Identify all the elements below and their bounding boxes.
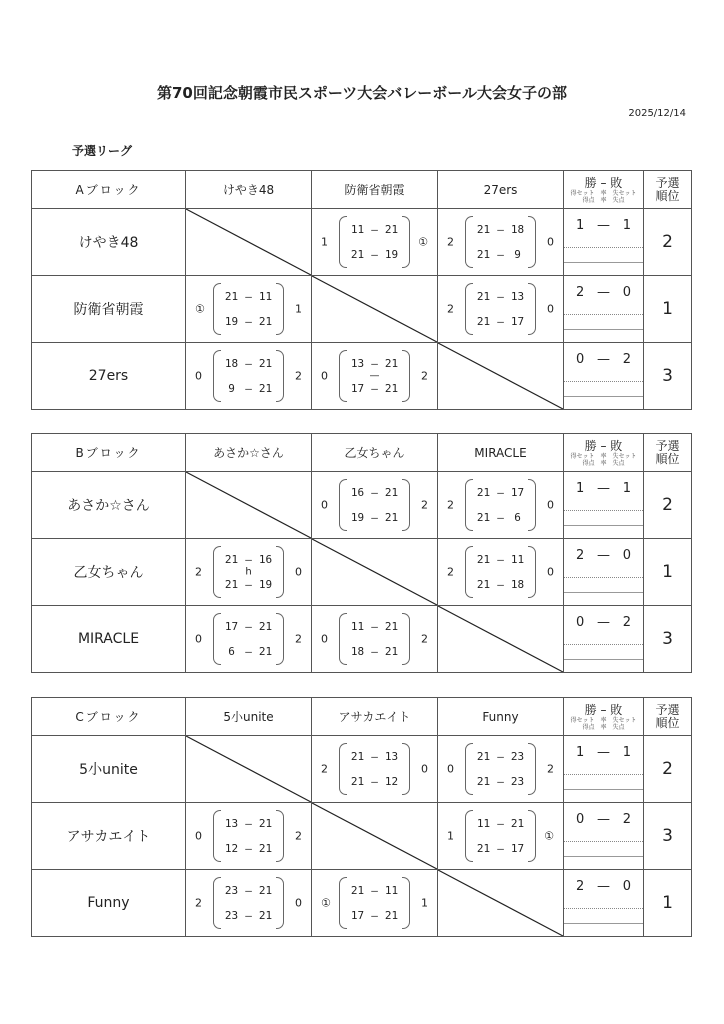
set-ratio-line — [564, 908, 643, 909]
set-scores-bracket: 11—2121—17 — [465, 810, 536, 862]
opponent-points: 21 — [383, 357, 400, 370]
self-match-cell — [186, 472, 312, 539]
losses: 1 — [623, 481, 631, 496]
self-match-cell — [312, 803, 438, 870]
match-score: 2021—1121—18 — [438, 539, 563, 605]
sets-lost: 2 — [421, 499, 428, 512]
set-score: 21—23 — [475, 775, 526, 788]
own-points: 23 — [223, 909, 240, 922]
set-score: 18—21 — [223, 357, 274, 370]
dash: — — [492, 511, 509, 524]
opponent-points: 23 — [509, 750, 526, 763]
own-points: 21 — [475, 553, 492, 566]
dash: — — [240, 382, 257, 395]
opponent-points: 13 — [383, 750, 400, 763]
sets-lost: 2 — [295, 830, 302, 843]
opponent-points: 16 — [257, 553, 274, 566]
dash: — — [366, 620, 383, 633]
dash: — — [492, 486, 509, 499]
set-ratio-label: 得セット 率 失セット — [564, 453, 643, 460]
wins: 2 — [576, 879, 584, 894]
match-score: 1①11—2121—17 — [438, 803, 563, 869]
dash: — — [240, 553, 257, 566]
set-score: 21—17 — [475, 842, 526, 855]
set-score: 21—11 — [475, 553, 526, 566]
set-score: 13—21 — [223, 817, 274, 830]
opponent-points: 21 — [509, 817, 526, 830]
sets-lost: 0 — [547, 236, 554, 249]
match-result-cell: 1①11—2121—17 — [438, 803, 564, 870]
dash: — — [366, 223, 383, 236]
set-ratio-line — [564, 247, 643, 248]
dash: — — [597, 352, 610, 367]
column-team-header: 乙女ちゃん — [312, 434, 438, 472]
win-loss-cell: 1—1 — [564, 209, 644, 276]
opponent-points: 18 — [509, 578, 526, 591]
dash: — — [366, 750, 383, 763]
opponent-points: 21 — [257, 817, 274, 830]
dash: — — [240, 884, 257, 897]
losses: 2 — [623, 615, 631, 630]
section-heading: 予選リーグ — [72, 142, 132, 159]
dash: — — [492, 842, 509, 855]
dash: — — [366, 884, 383, 897]
match-result-cell: 2021—1621—19h — [186, 539, 312, 606]
set-score: 9—21 — [223, 382, 274, 395]
set-score: 23—21 — [223, 909, 274, 922]
match-result-cell: 2021—1821—9 — [438, 209, 564, 276]
set-score: 16—21 — [349, 486, 400, 499]
dash: — — [240, 357, 257, 370]
row-team-name: あさか☆さん — [32, 472, 186, 539]
own-points: 13 — [223, 817, 240, 830]
set-score: 21—16 — [223, 553, 274, 566]
set-scores-bracket: 18—219—21 — [213, 350, 284, 402]
sets-won: 2 — [321, 763, 328, 776]
opponent-points: 21 — [383, 511, 400, 524]
sets-lost: ① — [418, 236, 428, 249]
point-ratio-line — [564, 856, 643, 857]
rank-value: 3 — [644, 343, 692, 410]
sets-lost: 2 — [421, 370, 428, 383]
own-points: 18 — [349, 645, 366, 658]
row-team-name: 27ers — [32, 343, 186, 410]
own-points: 13 — [349, 357, 366, 370]
rank-label-1: 予選 — [644, 177, 691, 190]
dash: — — [366, 486, 383, 499]
opponent-points: 21 — [257, 645, 274, 658]
sets-won: ① — [321, 897, 331, 910]
win-loss-record: 2—0 — [564, 548, 643, 563]
team-row: 27ers0218—219—210213—2117—21—0—23 — [32, 343, 692, 410]
match-result-cell: 0213—2117—21— — [312, 343, 438, 410]
own-points: 21 — [223, 290, 240, 303]
header-row: Aブロックけやき48防衛省朝霞27ers勝 – 敗得セット 率 失セット得点 率… — [32, 171, 692, 209]
sets-lost: 0 — [547, 499, 554, 512]
dash: — — [240, 290, 257, 303]
set-score: 21—13 — [349, 750, 400, 763]
row-team-name: 防衛省朝霞 — [32, 276, 186, 343]
column-team-header: MIRACLE — [438, 434, 564, 472]
match-result-cell: 0217—216—21 — [186, 606, 312, 673]
block-name: Bブロック — [32, 434, 186, 472]
own-points: 21 — [475, 842, 492, 855]
win-loss-record: 1—1 — [564, 745, 643, 760]
match-result-cell: 0221—2321—23 — [438, 736, 564, 803]
diagonal-slash — [438, 870, 563, 936]
set-score: 21—13 — [475, 290, 526, 303]
dash: — — [492, 290, 509, 303]
own-points: 11 — [349, 620, 366, 633]
own-points: 21 — [475, 223, 492, 236]
losses: 0 — [623, 285, 631, 300]
opponent-points: 19 — [257, 578, 274, 591]
set-scores-bracket: 11—2118—21 — [339, 613, 410, 665]
set-score: 21—19 — [349, 248, 400, 261]
point-ratio-line — [564, 525, 643, 526]
league-block-2: Bブロックあさか☆さん乙女ちゃんMIRACLE勝 – 敗得セット 率 失セット得… — [31, 433, 691, 673]
rank-value: 1 — [644, 870, 692, 937]
league-block-1: Aブロックけやき48防衛省朝霞27ers勝 – 敗得セット 率 失セット得点 率… — [31, 170, 691, 410]
set-ratio-line — [564, 577, 643, 578]
set-score: 11—21 — [475, 817, 526, 830]
point-ratio-label: 得点 率 失点 — [564, 197, 643, 204]
dash: — — [597, 481, 610, 496]
match-score: 1①11—2121—19 — [312, 209, 437, 275]
dash: — — [240, 315, 257, 328]
match-result-cell: 2023—2123—21 — [186, 870, 312, 937]
wins: 1 — [576, 745, 584, 760]
dash: — — [492, 248, 509, 261]
own-points: 17 — [349, 382, 366, 395]
win-loss-cell: 0—2 — [564, 343, 644, 410]
league-table: Cブロック5小uniteアサカエイトFunny勝 – 敗得セット 率 失セット得… — [31, 697, 692, 937]
set-score: 21—6 — [475, 511, 526, 524]
set-scores-bracket: 21—1821—9 — [465, 216, 536, 268]
own-points: 12 — [223, 842, 240, 855]
match-score: 2021—1321—17 — [438, 276, 563, 342]
match-score: 0211—2118—21 — [312, 606, 437, 672]
dash: — — [597, 615, 610, 630]
dash: — — [492, 578, 509, 591]
diagonal-slash — [312, 539, 437, 605]
dash: — — [240, 817, 257, 830]
dash: — — [240, 620, 257, 633]
header-row: Bブロックあさか☆さん乙女ちゃんMIRACLE勝 – 敗得セット 率 失セット得… — [32, 434, 692, 472]
wins: 1 — [576, 481, 584, 496]
rank-value: 1 — [644, 276, 692, 343]
own-points: 18 — [223, 357, 240, 370]
team-row: MIRACLE0217—216—210211—2118—210—23 — [32, 606, 692, 673]
set-scores-bracket: 21—1121—18 — [465, 546, 536, 598]
set-score: 21—9 — [475, 248, 526, 261]
self-match-cell — [312, 539, 438, 606]
rank-header: 予選順位 — [644, 698, 692, 736]
match-score: 0213—2117—21— — [312, 343, 437, 409]
stray-mark: — — [339, 371, 410, 382]
wins: 2 — [576, 285, 584, 300]
set-score: 21—19 — [223, 578, 274, 591]
block-name: Cブロック — [32, 698, 186, 736]
win-loss-header: 勝 – 敗得セット 率 失セット得点 率 失点 — [564, 171, 644, 209]
self-match-cell — [438, 870, 564, 937]
set-score: 21—23 — [475, 750, 526, 763]
document-date: 2025/12/14 — [628, 108, 686, 119]
set-scores-bracket: 21—1321—17 — [465, 283, 536, 335]
sets-won: 0 — [321, 499, 328, 512]
row-team-name: 5小unite — [32, 736, 186, 803]
set-score: 11—21 — [349, 223, 400, 236]
match-score: ①121—1117—21 — [312, 870, 437, 936]
opponent-points: 21 — [383, 223, 400, 236]
dash: — — [597, 812, 610, 827]
set-score: 12—21 — [223, 842, 274, 855]
win-loss: 1—1 — [564, 736, 643, 802]
league-block-3: Cブロック5小uniteアサカエイトFunny勝 – 敗得セット 率 失セット得… — [31, 697, 691, 937]
set-score: 21—12 — [349, 775, 400, 788]
own-points: 21 — [475, 315, 492, 328]
row-team-name: 乙女ちゃん — [32, 539, 186, 606]
own-points: 21 — [223, 578, 240, 591]
sets-lost: 0 — [295, 897, 302, 910]
win-loss-record: 0—2 — [564, 812, 643, 827]
wins: 0 — [576, 812, 584, 827]
point-ratio-line — [564, 789, 643, 790]
opponent-points: 21 — [383, 486, 400, 499]
opponent-points: 21 — [383, 645, 400, 658]
own-points: 23 — [223, 884, 240, 897]
dash: — — [492, 775, 509, 788]
dash: — — [240, 842, 257, 855]
set-ratio-line — [564, 841, 643, 842]
sets-lost: 2 — [295, 633, 302, 646]
rank-value: 2 — [644, 209, 692, 276]
win-loss: 2—0 — [564, 870, 643, 936]
win-loss-record: 0—2 — [564, 615, 643, 630]
opponent-points: 17 — [509, 842, 526, 855]
self-match-cell — [186, 209, 312, 276]
diagonal-slash — [312, 803, 437, 869]
sets-won: 0 — [321, 633, 328, 646]
sets-won: ① — [195, 303, 205, 316]
win-loss-label: 勝 – 敗 — [564, 439, 643, 453]
opponent-points: 21 — [257, 382, 274, 395]
set-scores-bracket: 21—1117—21 — [339, 877, 410, 929]
opponent-points: 18 — [509, 223, 526, 236]
win-loss: 1—1 — [564, 472, 643, 538]
team-row: 5小unite2021—1321—120221—2321—231—12 — [32, 736, 692, 803]
set-score: 17—21 — [223, 620, 274, 633]
match-result-cell: 2021—1721—6 — [438, 472, 564, 539]
losses: 2 — [623, 812, 631, 827]
own-points: 21 — [349, 248, 366, 261]
win-loss-record: 2—0 — [564, 285, 643, 300]
set-scores-bracket: 11—2121—19 — [339, 216, 410, 268]
sets-lost: 2 — [421, 633, 428, 646]
match-score: 2021—1721—6 — [438, 472, 563, 538]
rank-value: 2 — [644, 736, 692, 803]
match-score: 0217—216—21 — [186, 606, 311, 672]
losses: 1 — [623, 218, 631, 233]
opponent-points: 23 — [509, 775, 526, 788]
dash: — — [492, 553, 509, 566]
own-points: 21 — [475, 775, 492, 788]
wins: 1 — [576, 218, 584, 233]
own-points: 21 — [349, 750, 366, 763]
column-team-header: 防衛省朝霞 — [312, 171, 438, 209]
team-row: あさか☆さん0216—2119—212021—1721—61—12 — [32, 472, 692, 539]
match-score: 0221—2321—23 — [438, 736, 563, 802]
sets-lost: 1 — [421, 897, 428, 910]
sets-won: 0 — [321, 370, 328, 383]
own-points: 17 — [223, 620, 240, 633]
row-team-name: MIRACLE — [32, 606, 186, 673]
set-score: 17—21 — [349, 909, 400, 922]
set-scores-bracket: 13—2112—21 — [213, 810, 284, 862]
match-score: 0216—2119—21 — [312, 472, 437, 538]
opponent-points: 21 — [257, 909, 274, 922]
opponent-points: 21 — [257, 842, 274, 855]
row-team-name: アサカエイト — [32, 803, 186, 870]
win-loss-cell: 2—0 — [564, 276, 644, 343]
point-ratio-label: 得点 率 失点 — [564, 460, 643, 467]
win-loss: 0—2 — [564, 803, 643, 869]
match-result-cell: 2021—1321—17 — [438, 276, 564, 343]
sets-lost: 0 — [547, 303, 554, 316]
set-scores-bracket: 21—1621—19h — [213, 546, 284, 598]
opponent-points: 12 — [383, 775, 400, 788]
losses: 2 — [623, 352, 631, 367]
own-points: 21 — [475, 248, 492, 261]
match-score: 2021—1621—19h — [186, 539, 311, 605]
sets-won: 2 — [447, 566, 454, 579]
own-points: 11 — [475, 817, 492, 830]
sets-won: 0 — [447, 763, 454, 776]
opponent-points: 21 — [257, 357, 274, 370]
rank-label-2: 順位 — [644, 717, 691, 730]
set-score: 19—21 — [349, 511, 400, 524]
opponent-points: 11 — [257, 290, 274, 303]
match-score: 2023—2123—21 — [186, 870, 311, 936]
set-scores-bracket: 23—2123—21 — [213, 877, 284, 929]
match-result-cell: ①121—1119—21 — [186, 276, 312, 343]
losses: 0 — [623, 879, 631, 894]
losses: 1 — [623, 745, 631, 760]
rank-value: 2 — [644, 472, 692, 539]
own-points: 21 — [475, 578, 492, 591]
opponent-points: 21 — [257, 315, 274, 328]
match-result-cell: 0218—219—21 — [186, 343, 312, 410]
match-result-cell: 0211—2118—21 — [312, 606, 438, 673]
row-team-name: けやき48 — [32, 209, 186, 276]
set-scores-bracket: 21—2321—23 — [465, 743, 536, 795]
dash: — — [366, 248, 383, 261]
rank-header: 予選順位 — [644, 171, 692, 209]
column-team-header: Funny — [438, 698, 564, 736]
sets-won: 2 — [195, 566, 202, 579]
dash: — — [366, 382, 383, 395]
win-loss: 0—2 — [564, 343, 643, 409]
dash: — — [366, 511, 383, 524]
sets-won: 2 — [447, 303, 454, 316]
opponent-points: 21 — [383, 620, 400, 633]
dash: — — [492, 315, 509, 328]
column-team-header: 5小unite — [186, 698, 312, 736]
opponent-points: 6 — [509, 511, 526, 524]
match-score: 2021—1321—12 — [312, 736, 437, 802]
sets-won: 2 — [447, 499, 454, 512]
own-points: 21 — [349, 775, 366, 788]
point-ratio-line — [564, 659, 643, 660]
win-loss-record: 2—0 — [564, 879, 643, 894]
win-loss: 2—0 — [564, 276, 643, 342]
set-score: 21—11 — [223, 290, 274, 303]
match-result-cell: 2021—1321—12 — [312, 736, 438, 803]
dash: — — [492, 223, 509, 236]
sets-lost: 2 — [295, 370, 302, 383]
own-points: 21 — [349, 884, 366, 897]
dash: — — [492, 750, 509, 763]
team-row: けやき481①11—2121—192021—1821—91—12 — [32, 209, 692, 276]
sets-lost: 1 — [295, 303, 302, 316]
row-team-name: Funny — [32, 870, 186, 937]
win-loss-cell: 1—1 — [564, 736, 644, 803]
set-ratio-line — [564, 644, 643, 645]
dash: — — [597, 218, 610, 233]
set-ratio-label: 得セット 率 失セット — [564, 190, 643, 197]
own-points: 21 — [475, 750, 492, 763]
win-loss-header: 勝 – 敗得セット 率 失セット得点 率 失点 — [564, 434, 644, 472]
win-loss-cell: 0—2 — [564, 803, 644, 870]
win-loss-cell: 0—2 — [564, 606, 644, 673]
set-ratio-line — [564, 381, 643, 382]
own-points: 11 — [349, 223, 366, 236]
set-scores-bracket: 21—1721—6 — [465, 479, 536, 531]
own-points: 21 — [223, 553, 240, 566]
win-loss-cell: 2—0 — [564, 539, 644, 606]
sets-won: 1 — [321, 236, 328, 249]
dash: — — [597, 745, 610, 760]
wins: 0 — [576, 615, 584, 630]
wins: 2 — [576, 548, 584, 563]
dash: — — [597, 285, 610, 300]
dash: — — [366, 775, 383, 788]
self-match-cell — [438, 606, 564, 673]
stray-mark: h — [213, 567, 284, 578]
diagonal-slash — [438, 606, 563, 672]
losses: 0 — [623, 548, 631, 563]
dash: — — [366, 909, 383, 922]
set-score: 17—21 — [349, 382, 400, 395]
set-score: 21—11 — [349, 884, 400, 897]
own-points: 17 — [349, 909, 366, 922]
dash: — — [240, 578, 257, 591]
match-score: 2021—1821—9 — [438, 209, 563, 275]
sets-won: 0 — [195, 633, 202, 646]
self-match-cell — [438, 343, 564, 410]
sets-lost: 0 — [295, 566, 302, 579]
sets-won: 0 — [195, 370, 202, 383]
diagonal-slash — [438, 343, 563, 409]
dash: — — [366, 645, 383, 658]
set-score: 21—18 — [475, 578, 526, 591]
point-ratio-line — [564, 592, 643, 593]
wins: 0 — [576, 352, 584, 367]
opponent-points: 9 — [509, 248, 526, 261]
set-score: 13—21 — [349, 357, 400, 370]
header-row: Cブロック5小uniteアサカエイトFunny勝 – 敗得セット 率 失セット得… — [32, 698, 692, 736]
dash: — — [366, 357, 383, 370]
